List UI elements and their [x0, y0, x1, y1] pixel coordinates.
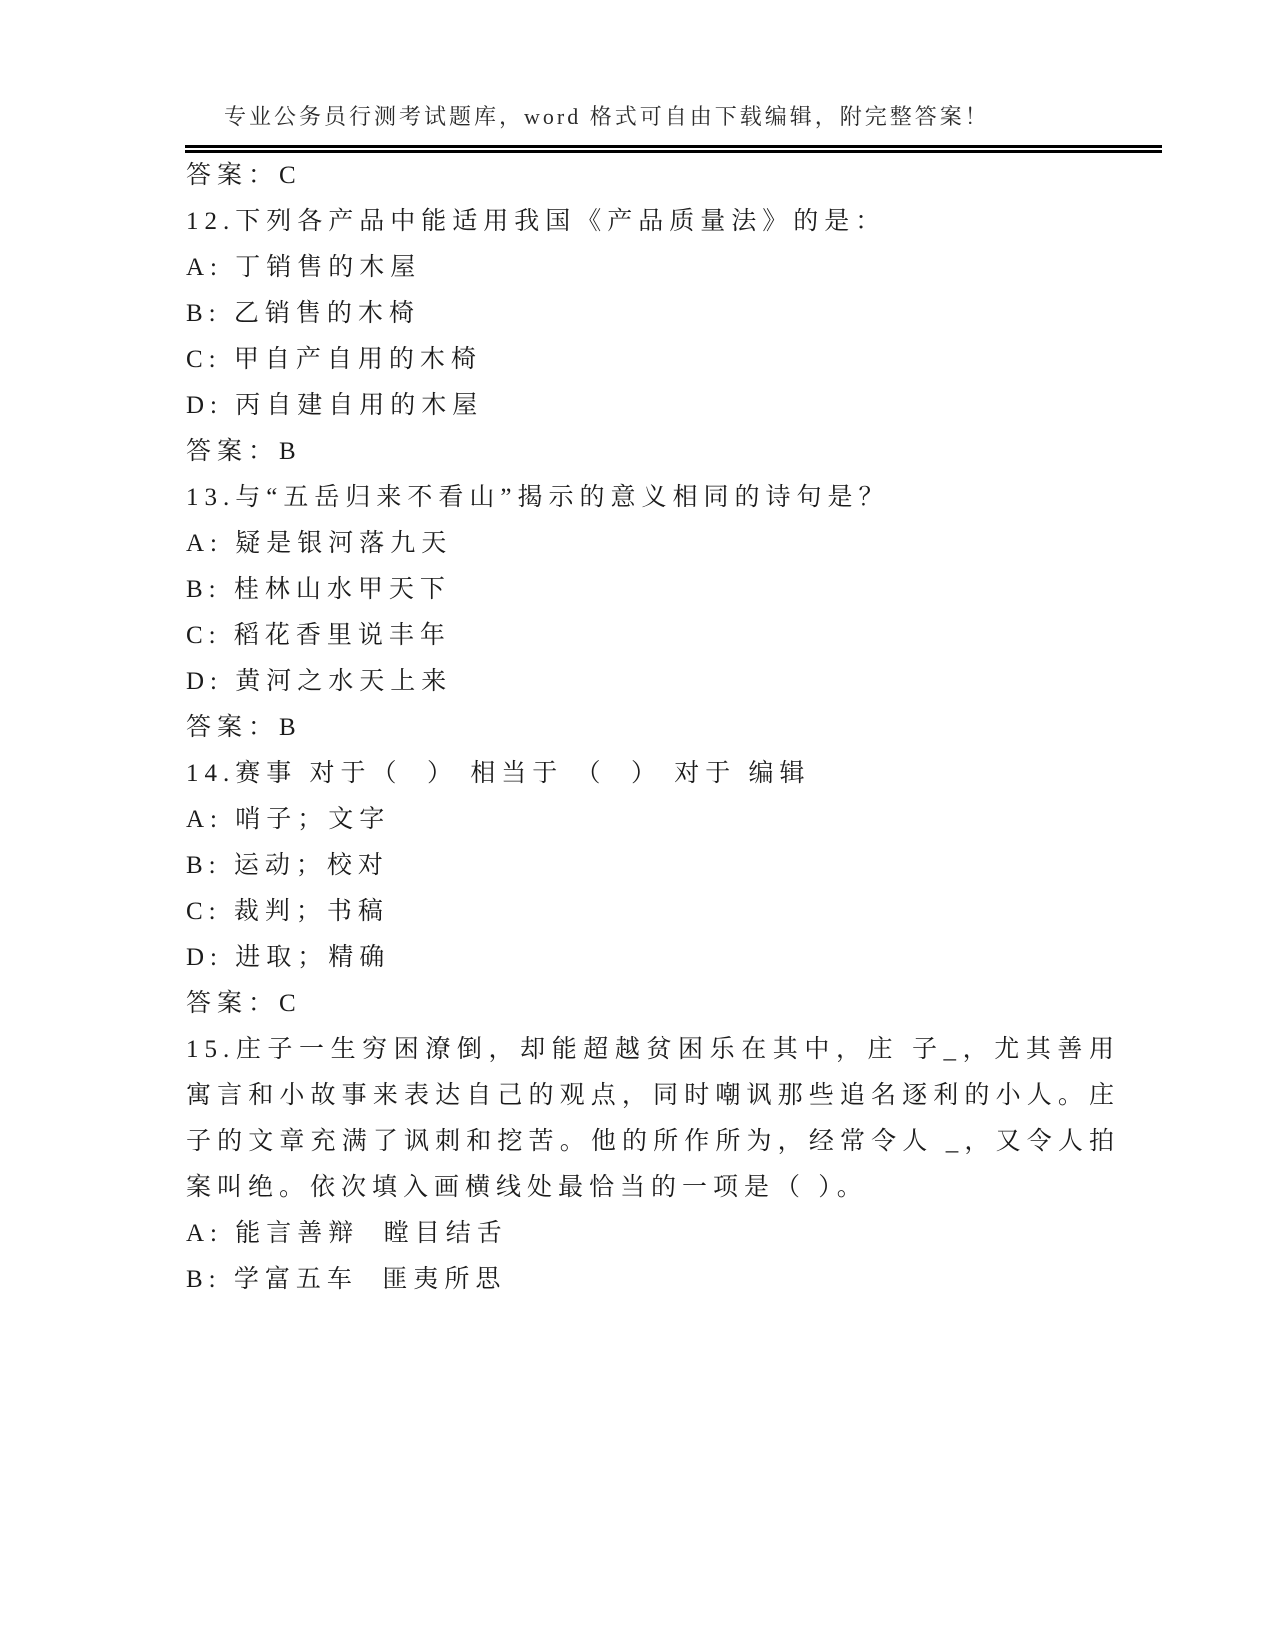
option-b: B: 学富五车 匪夷所思 — [186, 1257, 1120, 1303]
header-double-rule — [185, 145, 1162, 153]
option-d: D: 进取；精确 — [186, 935, 1120, 981]
option-d: D: 丙自建自用的木屋 — [186, 383, 1120, 429]
document-body: 答案：C 12.下列各产品中能适用我国《产品质量法》的是： A: 丁销售的木屋 … — [186, 153, 1120, 1303]
option-b: B: 桂林山水甲天下 — [186, 567, 1120, 613]
option-b: B: 运动；校对 — [186, 843, 1120, 889]
option-a: A: 疑是银河落九天 — [186, 521, 1120, 567]
option-c: C: 裁判；书稿 — [186, 889, 1120, 935]
option-a: A: 丁销售的木屋 — [186, 245, 1120, 291]
question-title: 15.庄子一生穷困潦倒，却能超越贫困乐在其中，庄 子_，尤其善用寓言和小故事来表… — [186, 1027, 1120, 1211]
option-c: C: 稻花香里说丰年 — [186, 613, 1120, 659]
question-block-13: 13.与“五岳归来不看山”揭示的意义相同的诗句是？ A: 疑是银河落九天 B: … — [186, 475, 1120, 751]
answer-line: 答案：B — [186, 429, 1120, 475]
option-c: C: 甲自产自用的木椅 — [186, 337, 1120, 383]
question-block-12: 12.下列各产品中能适用我国《产品质量法》的是： A: 丁销售的木屋 B: 乙销… — [186, 199, 1120, 475]
question-block-14: 14.赛事 对于（ ） 相当于 （ ） 对于 编辑 A: 哨子；文字 B: 运动… — [186, 751, 1120, 1027]
option-d: D: 黄河之水天上来 — [186, 659, 1120, 705]
header-text: 专业公务员行测考试题库，word 格式可自由下载编辑，附完整答案！ — [224, 104, 990, 129]
document-page: 专业公务员行测考试题库，word 格式可自由下载编辑，附完整答案！ 答案：C 1… — [0, 0, 1275, 1650]
option-a: A: 哨子；文字 — [186, 797, 1120, 843]
question-block-15: 15.庄子一生穷困潦倒，却能超越贫困乐在其中，庄 子_，尤其善用寓言和小故事来表… — [186, 1027, 1120, 1303]
option-a: A: 能言善辩 瞠目结舌 — [186, 1211, 1120, 1257]
option-b: B: 乙销售的木椅 — [186, 291, 1120, 337]
answer-line: 答案：C — [186, 981, 1120, 1027]
question-title: 13.与“五岳归来不看山”揭示的意义相同的诗句是？ — [186, 475, 1120, 521]
answer-line: 答案：B — [186, 705, 1120, 751]
answer-line-top: 答案：C — [186, 153, 1120, 199]
question-title: 12.下列各产品中能适用我国《产品质量法》的是： — [186, 199, 1120, 245]
question-title: 14.赛事 对于（ ） 相当于 （ ） 对于 编辑 — [186, 751, 1120, 797]
